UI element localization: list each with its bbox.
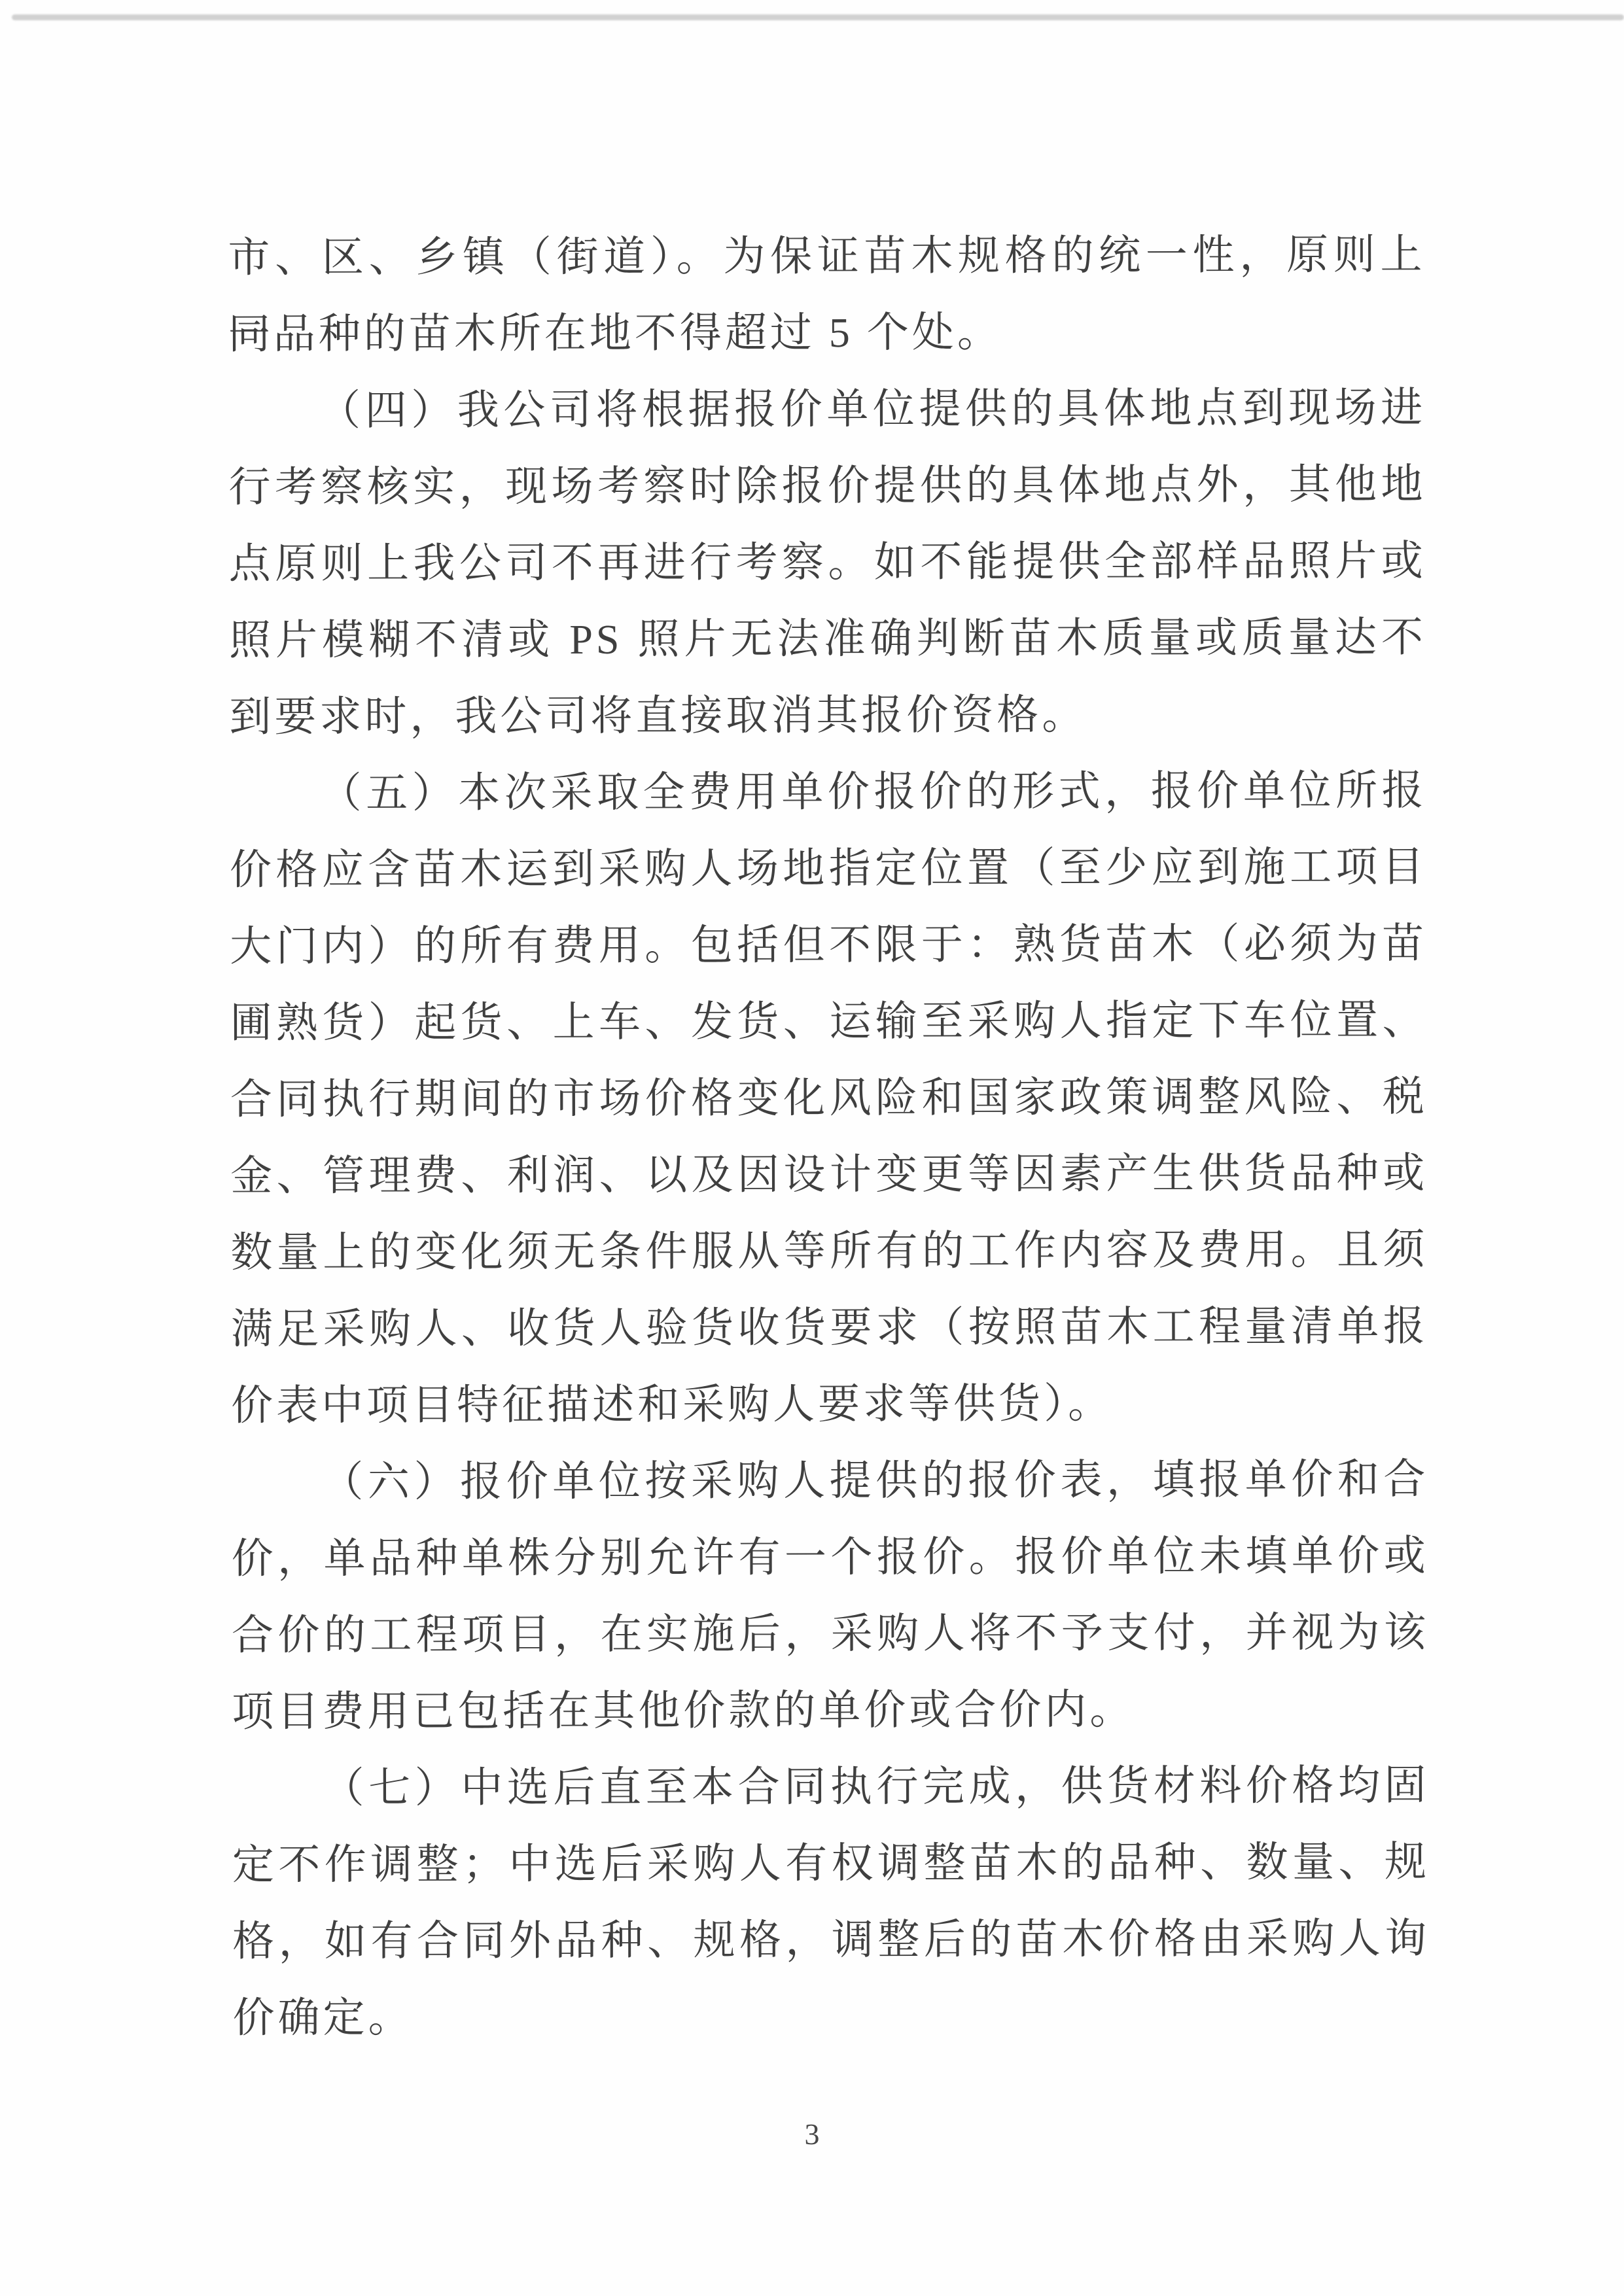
text-line: 行考察核实，现场考察时除报价提供的具体地点外，其他地 bbox=[228, 446, 1426, 526]
text-line: 满足采购人、收货人验货收货要求（按照苗木工程量清单报 bbox=[231, 1288, 1428, 1368]
text-line: 价格应含苗木运到采购人场地指定位置（至少应到施工项目 bbox=[230, 829, 1427, 909]
text-line: 数量上的变化须无条件服从等所有的工作内容及费用。且须 bbox=[230, 1211, 1428, 1291]
text-line: 一品种的苗木所在地不得超过 5 个处。 bbox=[228, 293, 1426, 373]
text-line: 照片模糊不清或 PS 照片无法准确判断苗木质量或质量达不 bbox=[229, 599, 1426, 679]
text-line: 金、管理费、利润、以及因设计变更等因素产生供货品种或 bbox=[230, 1135, 1428, 1215]
text-line: 市、区、乡镇（街道）。为保证苗木规格的统一性，原则上同 bbox=[228, 217, 1425, 296]
text-line: 项目费用已包括在其他价款的单价或合价内。 bbox=[232, 1671, 1429, 1750]
text-line: （五）本次采取全费用单价报价的形式，报价单位所报 bbox=[229, 752, 1426, 832]
text-line: 到要求时，我公司将直接取消其报价资格。 bbox=[229, 676, 1426, 756]
text-line: 价，单品种单株分别允许有一个报价。报价单位未填单价或 bbox=[232, 1518, 1429, 1597]
text-line: 价表中项目特征描述和采购人要求等供货）。 bbox=[231, 1365, 1428, 1444]
text-line: 点原则上我公司不再进行考察。如不能提供全部样品照片或 bbox=[229, 523, 1426, 602]
text-line: （七）中选后直至本合同执行完成，供货材料价格均固 bbox=[232, 1747, 1429, 1827]
text-line: 合同执行期间的市场价格变化风险和国家政策调整风险、税 bbox=[230, 1058, 1428, 1138]
scan-edge-artifact bbox=[12, 14, 1624, 20]
text-line: 定不作调整；中选后采购人有权调整苗木的品种、数量、规 bbox=[232, 1824, 1430, 1904]
document-page: 市、区、乡镇（街道）。为保证苗木规格的统一性，原则上同 一品种的苗木所在地不得超… bbox=[0, 0, 1624, 2296]
text-line: 圃熟货）起货、上车、发货、运输至采购人指定下车位置、 bbox=[230, 982, 1427, 1062]
text-line: 格，如有合同外品种、规格，调整后的苗木价格由采购人询 bbox=[232, 1900, 1430, 1980]
text-line: （四）我公司将根据报价单位提供的具体地点到现场进 bbox=[228, 370, 1426, 449]
text-line: 价确定。 bbox=[232, 1977, 1430, 2057]
page-number: 3 bbox=[0, 2118, 1624, 2151]
document-body-text: 市、区、乡镇（街道）。为保证苗木规格的统一性，原则上同 一品种的苗木所在地不得超… bbox=[228, 217, 1430, 2057]
text-line: 大门内）的所有费用。包括但不限于：熟货苗木（必须为苗 bbox=[230, 905, 1427, 985]
text-line: （六）报价单位按采购人提供的报价表，填报单价和合 bbox=[231, 1441, 1428, 1521]
text-line: 合价的工程项目，在实施后，采购人将不予支付，并视为该 bbox=[232, 1594, 1429, 1674]
